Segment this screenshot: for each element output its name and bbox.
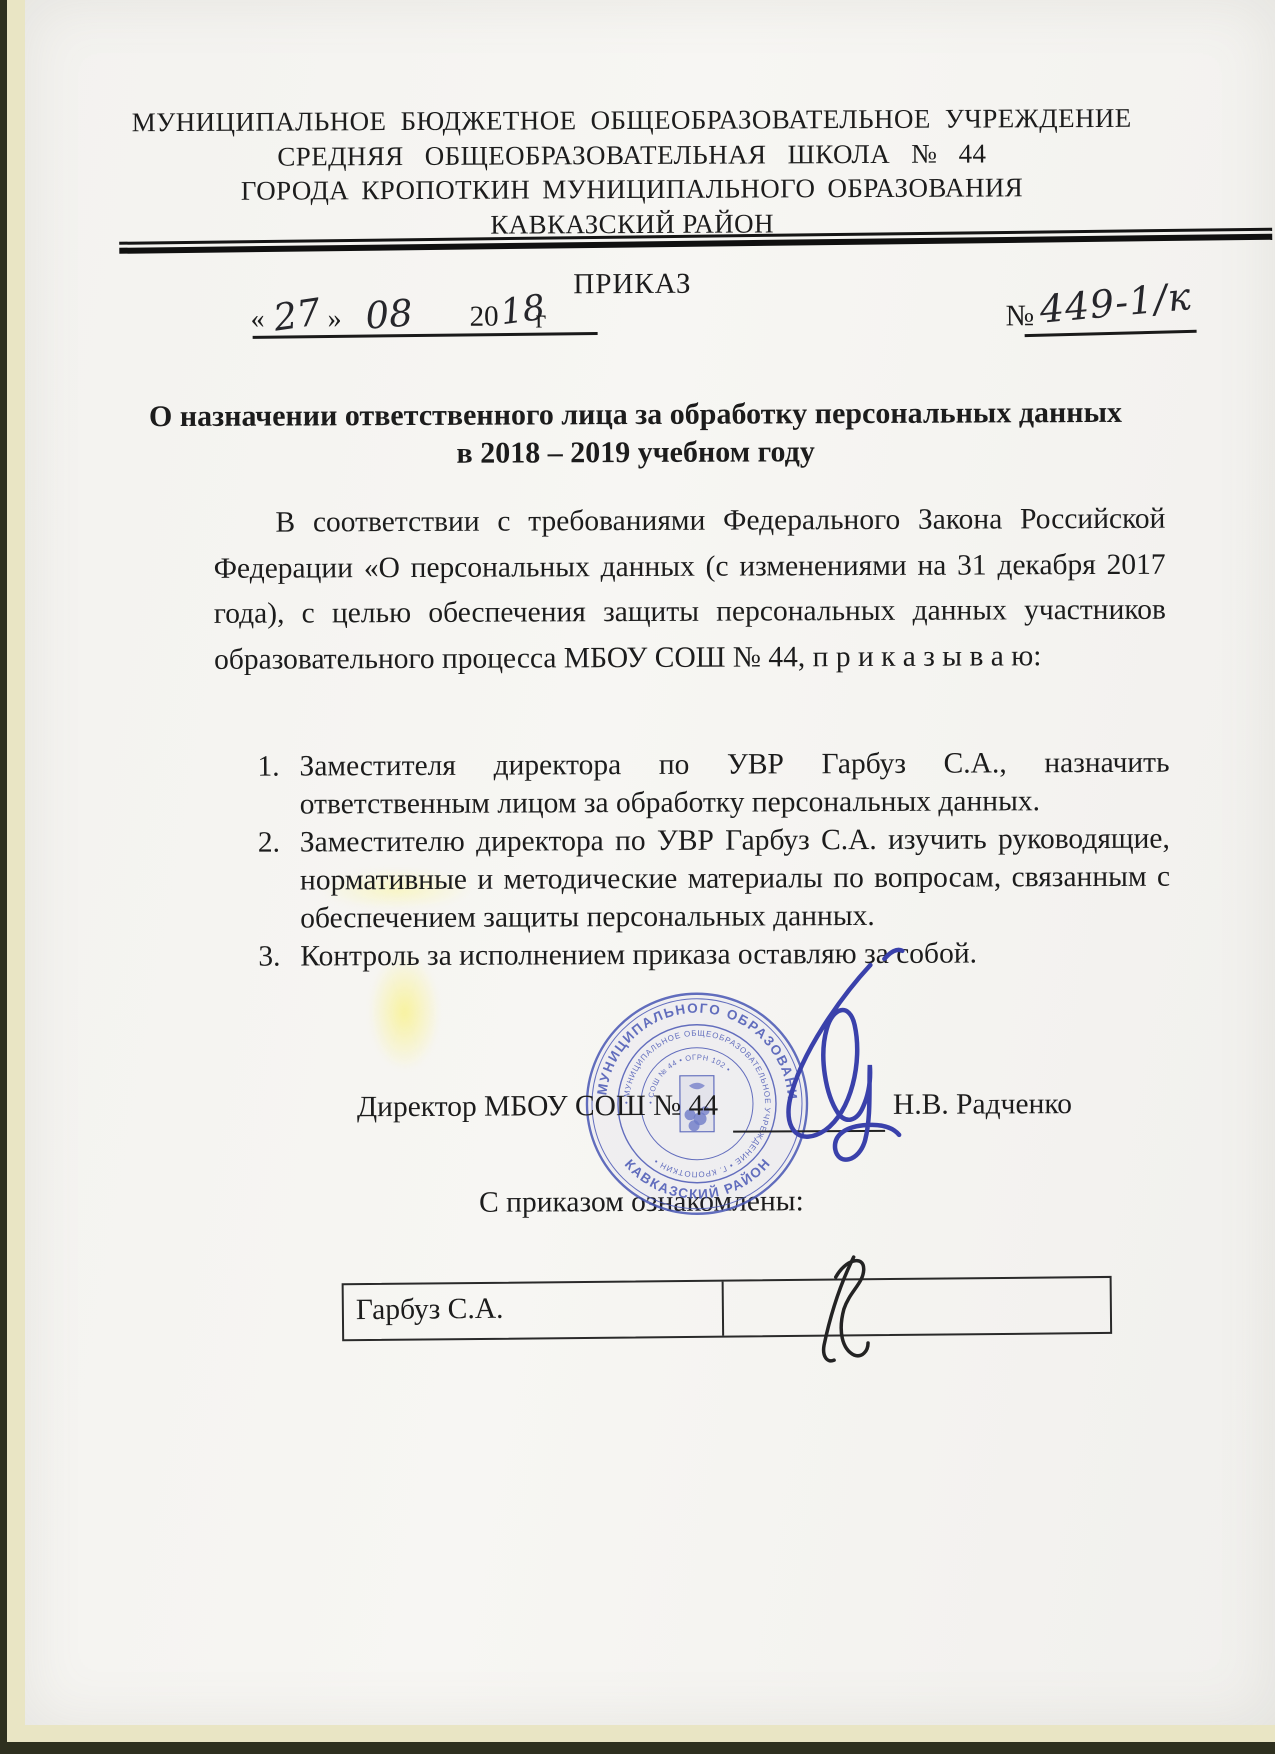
order-item-text: Заместителя директора по УВР Гарбуз С.А.… (299, 744, 1169, 824)
handwritten-month: 08 (364, 291, 414, 337)
letterhead-line: СРЕДНЯЯ ОБЩЕОБРАЗОВАТЕЛЬНАЯ ШКОЛА № 44 (127, 135, 1137, 174)
order-preamble: В соответствии с требованиями Федерально… (213, 497, 1166, 683)
document-content: МУНИЦИПАЛЬНОЕ БЮДЖЕТНОЕ ОБЩЕОБРАЗОВАТЕЛЬ… (0, 0, 1275, 1754)
order-number-label: № (1005, 299, 1034, 333)
order-item-text: Контроль за исполнением приказа оставляю… (300, 934, 1170, 976)
director-signature (742, 947, 913, 1183)
letterhead-line: МУНИЦИПАЛЬНОЕ БЮДЖЕТНОЕ ОБЩЕОБРАЗОВАТЕЛЬ… (127, 101, 1137, 140)
acknowledgement-table: Гарбуз С.А. (342, 1276, 1113, 1341)
director-name: Н.В. Радченко (893, 1088, 1072, 1122)
handwritten-day: 27 (271, 290, 324, 339)
order-item-number: 2. (258, 823, 300, 937)
order-item: 3. Контроль за исполнением приказа остав… (258, 934, 1170, 976)
order-item: 2. Заместителю директора по УВР Гарбуз С… (258, 820, 1170, 938)
director-position-label: Директор МБОУ СОШ № 44 (357, 1090, 718, 1125)
order-title-line2: в 2018 – 2019 учебном году (128, 432, 1143, 474)
order-items-list: 1. Заместителя директора по УВР Гарбуз С… (257, 744, 1170, 976)
letterhead-line: ГОРОДА КРОПОТКИН МУНИЦИПАЛЬНОГО ОБРАЗОВА… (127, 170, 1137, 209)
order-title-line1: О назначении ответственного лица за обра… (128, 394, 1143, 436)
scanned-order-document: { "page": { "colors": { "paper": "#f4f3f… (0, 0, 1275, 1754)
order-item: 1. Заместителя директора по УВР Гарбуз С… (257, 744, 1169, 824)
letterhead: МУНИЦИПАЛЬНОЕ БЮДЖЕТНОЕ ОБЩЕОБРАЗОВАТЕЛЬ… (127, 101, 1138, 243)
acknowledgement-signature (802, 1251, 898, 1366)
order-title: О назначении ответственного лица за обра… (128, 394, 1143, 474)
acknowledgement-name-cell: Гарбуз С.А. (344, 1282, 725, 1340)
acknowledgement-signature-cell (724, 1278, 1111, 1336)
date-open-quote: « (250, 304, 264, 336)
year-prefix: 20 (469, 301, 498, 334)
year-suffix: г (536, 304, 547, 334)
order-item-number: 1. (257, 747, 299, 823)
order-item-number: 3. (258, 937, 300, 975)
date-close-quote: » (327, 303, 341, 335)
order-item-text: Заместителю директора по УВР Гарбуз С.А.… (300, 820, 1170, 938)
